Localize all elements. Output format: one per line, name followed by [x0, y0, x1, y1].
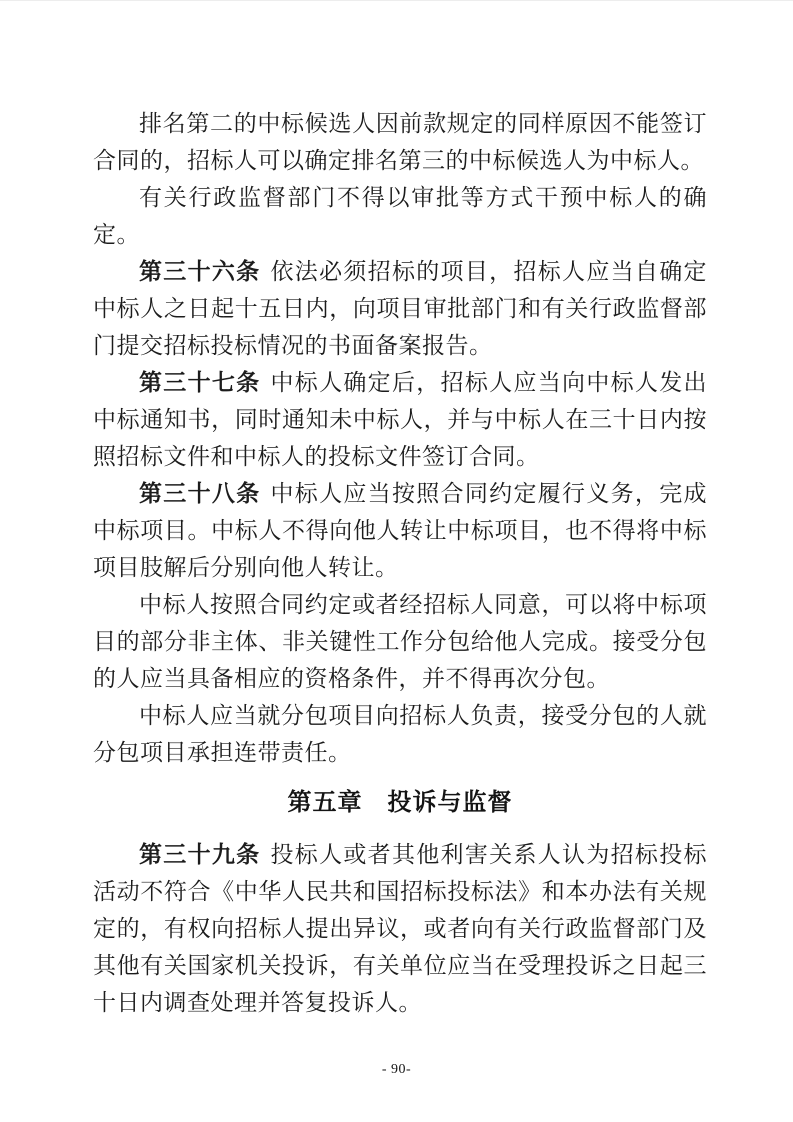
article-number: 第三十九条: [139, 842, 260, 867]
paragraph: 第三十八条中标人应当按照合同约定履行义务，完成中标项目。中标人不得向他人转让中标…: [93, 475, 707, 586]
paragraph-text: 有关行政监督部门不得以审批等方式干预中标人的确定。: [93, 185, 707, 247]
paragraph: 排名第二的中标候选人因前款规定的同样原因不能签订合同的，招标人可以确定排名第三的…: [93, 105, 707, 179]
article-number: 第三十六条: [139, 259, 260, 284]
paragraph-text: 中标人应当就分包项目向招标人负责，接受分包的人就分包项目承担连带责任。: [93, 703, 707, 765]
chapter-heading: 第五章 投诉与监督: [93, 784, 707, 821]
article-number: 第三十八条: [139, 481, 260, 506]
paragraph: 第三十六条依法必须招标的项目，招标人应当自确定中标人之日起十五日内，向项目审批部…: [93, 253, 707, 364]
paragraph: 第三十九条投标人或者其他利害关系人认为招标投标活动不符合《中华人民共和国招标投标…: [93, 836, 707, 1021]
paragraph: 有关行政监督部门不得以审批等方式干预中标人的确定。: [93, 179, 707, 253]
paragraph: 中标人应当就分包项目向招标人负责，接受分包的人就分包项目承担连带责任。: [93, 697, 707, 771]
paragraph: 中标人按照合同约定或者经招标人同意，可以将中标项目的部分非主体、非关键性工作分包…: [93, 586, 707, 697]
page-number: - 90-: [0, 1062, 793, 1078]
paragraph-text: 投标人或者其他利害关系人认为招标投标活动不符合《中华人民共和国招标投标法》和本办…: [93, 842, 707, 1015]
document-page: 排名第二的中标候选人因前款规定的同样原因不能签订合同的，招标人可以确定排名第三的…: [0, 0, 793, 1122]
article-number: 第三十七条: [139, 370, 260, 395]
paragraph-text: 中标人按照合同约定或者经招标人同意，可以将中标项目的部分非主体、非关键性工作分包…: [93, 592, 707, 691]
paragraph-text: 排名第二的中标候选人因前款规定的同样原因不能签订合同的，招标人可以确定排名第三的…: [93, 111, 707, 173]
paragraph: 第三十七条中标人确定后，招标人应当向中标人发出中标通知书，同时通知未中标人，并与…: [93, 364, 707, 475]
document-content: 排名第二的中标候选人因前款规定的同样原因不能签订合同的，招标人可以确定排名第三的…: [93, 105, 707, 1021]
